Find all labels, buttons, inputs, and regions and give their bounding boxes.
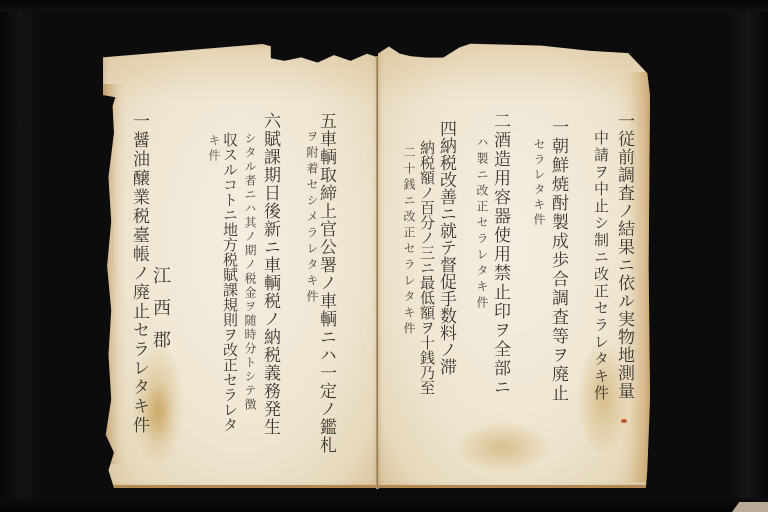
text-column-item-6-cont-1: シタル者ニハ其ノ期ノ税金ヲ随時分トシテ徴 [243,132,257,412]
text-column-item-3-a-cont: セラレタキ件 [532,138,546,228]
text-column-item-5: 五車輌取締上官公署ノ車輌ニハ一定ノ鑑札 [316,112,336,454]
document-right-page: 一従前調査ノ結果ニ依ル実物地測量 中請ヲ中止シ制ニ改正セラレタキ件 一朝鮮焼酎製… [378,42,650,488]
document-left-page: 五車輌取締上官公署ノ車輌ニハ一定ノ鑑札 ヲ附着セシメラレタキ件 六賦課期日後新ニ… [103,44,378,488]
signature-district-name: 江西郡 [147,266,173,362]
text-column-item-6: 六賦課期日後新ニ車輌税ノ納税義務発生 [260,112,280,436]
text-column-item-2: 二酒造用容器使用禁止印ヲ全部ニ [490,112,510,397]
text-column-item-4-cont-1: 納税額ノ百分ノ三ニ最低額ヲ十銭乃至 [418,140,436,395]
paper-bottom-edge [103,485,378,488]
text-column-item-2-cont: ハ製ニ改正セラレタキ件 [475,136,489,312]
water-stain [458,422,548,472]
text-column-item-1-cont: 中請ヲ中止シ制ニ改正セラレタキ件 [592,130,610,402]
text-column-item-3-a: 一朝鮮焼酎製成歩合調査等ヲ廃止 [548,118,568,403]
text-column-item-4: 四納税改善ニ就テ督促手数料ノ滞 [436,120,456,375]
text-column-item-1: 一従前調査ノ結果ニ依ル実物地測量 [614,112,634,400]
text-column-item-4-cont-2: 二十銭ニ改正セラレタキ件 [402,146,416,338]
text-column-item-6-cont-2: 収スルコトニ地方税賦課規則ヲ改正セラレタ [221,132,239,432]
paper-bottom-edge [378,485,650,488]
text-column-item-6-cont-3: キ件 [207,134,221,164]
red-ink-spot [621,419,627,423]
frame-top-edge [0,0,768,12]
frame-bottom-edge [0,498,768,512]
text-column-item-5-cont: ヲ附着セシメラレタキ件 [305,130,319,306]
text-column-item-7: 一醤油醸業税臺帳ノ廃止セラレタキ件 [129,112,149,435]
